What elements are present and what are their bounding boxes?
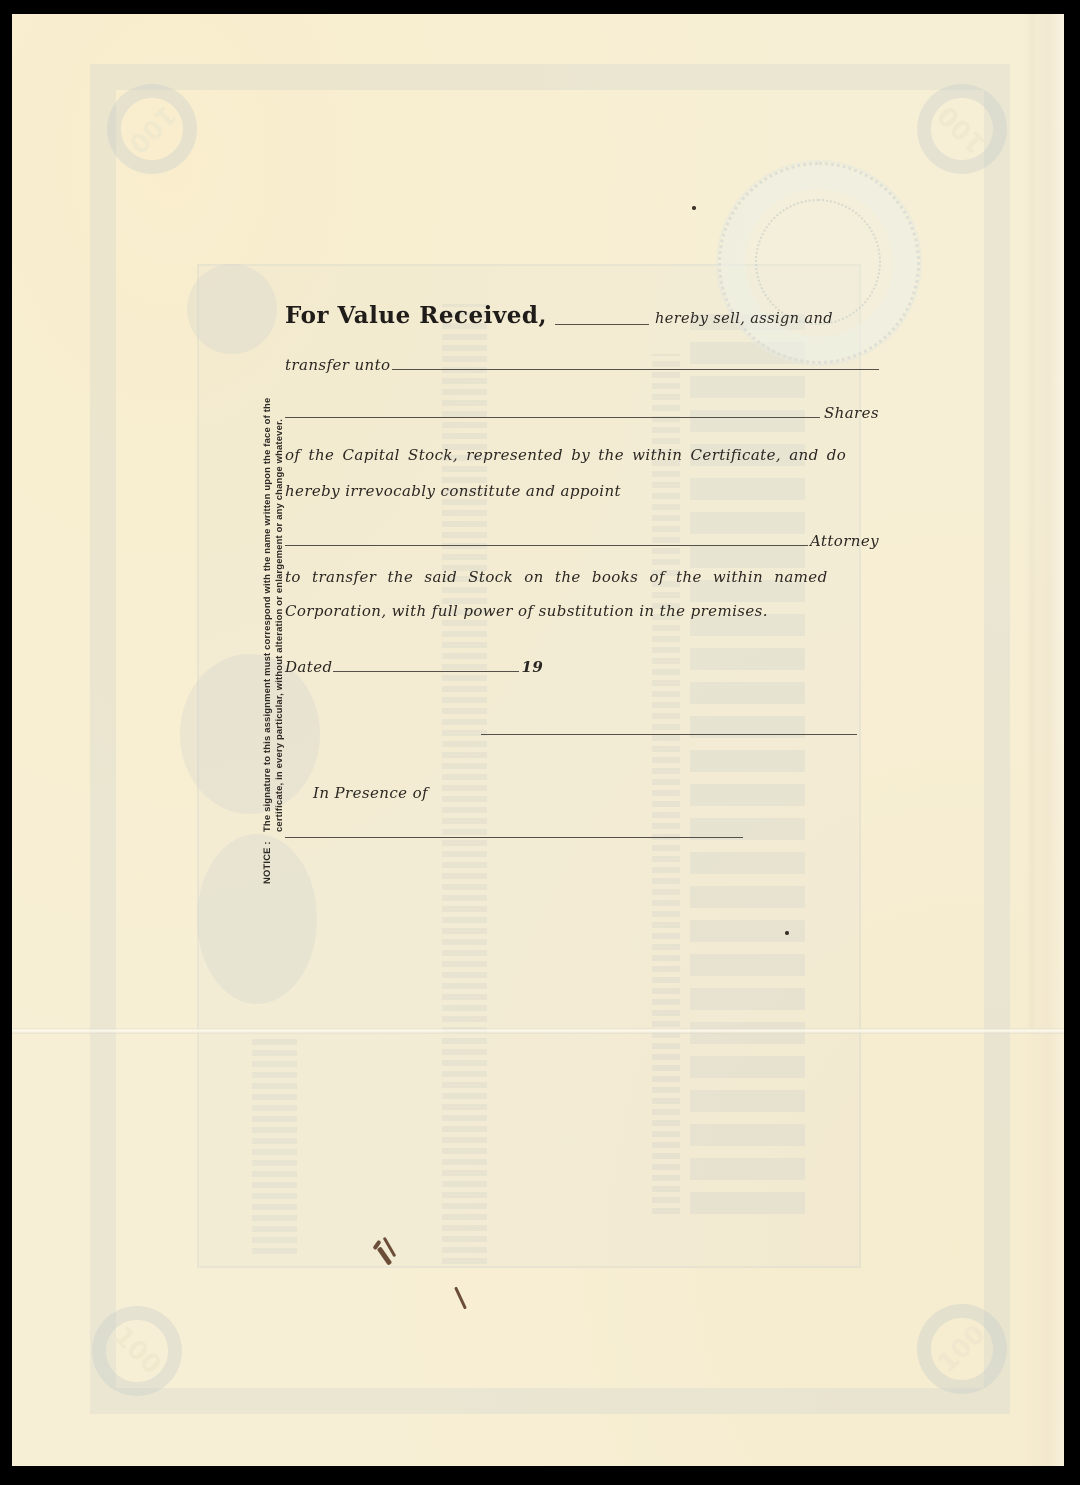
corporation-text: Corporation, with full power of substitu… — [285, 602, 768, 620]
value-received-heading: For Value Received, — [285, 302, 547, 329]
number-of-shares-line[interactable] — [285, 416, 820, 418]
date-line[interactable] — [333, 670, 519, 672]
attorney-name-line[interactable] — [285, 544, 808, 546]
witness-signature-line[interactable] — [285, 836, 743, 838]
transfer-stock-text: to transfer the said Stock on the books … — [285, 568, 828, 586]
capital-stock-row: of the Capital Stock, represented by the… — [285, 446, 879, 464]
signature-line[interactable] — [481, 733, 857, 735]
attorney-row: Attorney — [285, 532, 879, 550]
dated-row: Dated 19 — [285, 658, 605, 676]
transfer-unto-label: transfer unto — [285, 356, 390, 374]
capital-stock-text: of the Capital Stock, represented by the… — [285, 446, 846, 464]
transfer-stock-row: to transfer the said Stock on the books … — [285, 568, 879, 586]
transferee-name-line[interactable] — [392, 368, 879, 370]
transfer-unto-row: transfer unto — [285, 356, 879, 374]
dated-label: Dated — [285, 658, 332, 676]
attorney-label: Attorney — [810, 532, 879, 550]
year-prefix: 19 — [521, 658, 543, 676]
sell-assign-text: hereby sell, assign and — [655, 311, 833, 329]
corporation-row: Corporation, with full power of substitu… — [285, 602, 879, 620]
shares-label: Shares — [824, 404, 879, 422]
value-received-row: For Value Received, hereby sell, assign … — [285, 302, 879, 329]
appoint-text: hereby irrevocably constitute and appoin… — [285, 482, 621, 500]
appoint-row: hereby irrevocably constitute and appoin… — [285, 482, 879, 500]
presence-row: In Presence of — [313, 784, 428, 802]
assignor-name-line[interactable] — [555, 323, 649, 325]
certificate-paper: 100 100 100 100 NOTICE :The signature to… — [12, 14, 1064, 1466]
in-presence-of-label: In Presence of — [313, 784, 428, 802]
shares-row: Shares — [285, 404, 879, 422]
assignment-form: For Value Received, hereby sell, assign … — [12, 14, 1064, 1466]
